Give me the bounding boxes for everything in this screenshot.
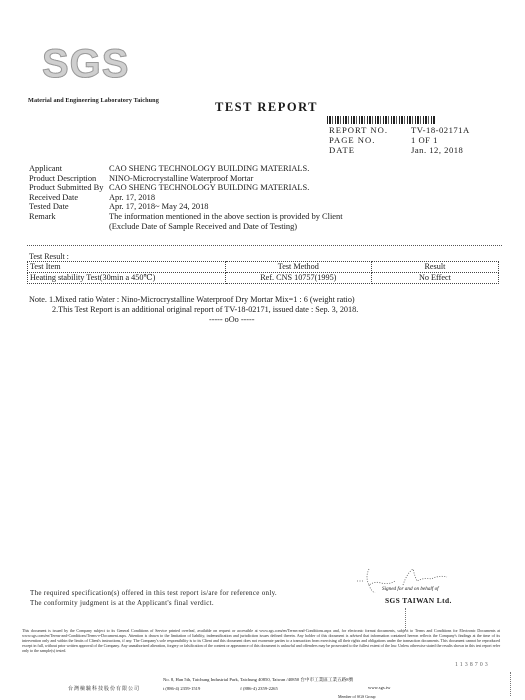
test-method-cell: Ref. CNS 10757(1995) <box>225 273 371 284</box>
info-label: Product Description <box>29 174 109 184</box>
result-cell: No Effect <box>371 273 498 284</box>
test-result-label: Test Result : <box>29 252 69 261</box>
info-row-remark-cont: (Exclude Date of Sample Received and Dat… <box>29 222 509 232</box>
info-label: Received Date <box>29 193 109 203</box>
page-number-label: PAGE NO. <box>329 135 411 145</box>
date-label: DATE <box>329 145 411 155</box>
end-marker: ----- oOo ----- <box>29 315 358 325</box>
serial-number: 1138703 <box>455 662 490 668</box>
info-value: NINO-Microcrystalline Waterproof Mortar <box>109 174 509 184</box>
info-label: Product Submitted By <box>29 183 109 193</box>
company-name-chinese: 台灣檢驗科技股份有限公司 <box>68 685 140 692</box>
signatory-company: SGS TAIWAN Ltd. <box>385 596 452 605</box>
sgs-logo: SGS <box>42 42 129 87</box>
report-number-row: REPORT NO. TV-18-02171A <box>329 125 470 135</box>
applicant-info: Applicant CAO SHENG TECHNOLOGY BUILDING … <box>29 164 509 231</box>
terms-fineprint: This document is issued by the Company s… <box>22 628 500 653</box>
lab-name: Material and Engineering Laboratory Taic… <box>28 97 159 104</box>
date-row: DATE Jan. 12, 2018 <box>329 145 470 155</box>
address-line: No. 8, Han 5th, Taichung Industrial Park… <box>163 675 353 684</box>
page-edge-mark <box>510 672 512 696</box>
info-label: Tested Date <box>29 202 109 212</box>
column-header: Result <box>371 262 498 273</box>
info-row-received-date: Received Date Apr. 17, 2018 <box>29 193 509 203</box>
info-value: (Exclude Date of Sample Received and Dat… <box>109 222 509 232</box>
info-row-product-description: Product Description NINO-Microcrystallin… <box>29 174 509 184</box>
signed-on-behalf-note: Signed for and on behalf of <box>382 586 439 592</box>
specification-disclaimer: The required specification(s) offered in… <box>30 588 277 608</box>
info-label: Remark <box>29 212 109 222</box>
signature-mark <box>405 608 407 630</box>
info-label: Applicant <box>29 164 109 174</box>
phone-number: t (886-4) 2359-1519 <box>163 684 200 693</box>
info-value: The information mentioned in the above s… <box>109 212 509 222</box>
column-header: Test Item <box>28 262 226 273</box>
date-value: Jan. 12, 2018 <box>411 145 463 155</box>
disclaimer-line: The conformity judgment is at the Applic… <box>30 598 277 608</box>
column-header: Test Method <box>225 262 371 273</box>
results-table: Test Item Test Method Result Heating sta… <box>27 261 499 284</box>
report-meta: REPORT NO. TV-18-02171A PAGE NO. 1 OF 1 … <box>329 125 470 155</box>
info-row-product-submitted-by: Product Submitted By CAO SHENG TECHNOLOG… <box>29 183 509 193</box>
member-of-sgs-group: Member of SGS Group <box>338 694 375 699</box>
info-row-applicant: Applicant CAO SHENG TECHNOLOGY BUILDING … <box>29 164 509 174</box>
section-divider <box>27 245 502 246</box>
barcode <box>327 116 435 124</box>
info-label <box>29 222 109 232</box>
info-value: CAO SHENG TECHNOLOGY BUILDING MATERIALS. <box>109 183 509 193</box>
disclaimer-line: The required specification(s) offered in… <box>30 588 277 598</box>
page-number-value: 1 OF 1 <box>411 135 438 145</box>
fax-number: f (886-4) 2359-2265 <box>240 684 278 693</box>
info-value: Apr. 17, 2018 <box>109 193 509 203</box>
website: www.sgs.tw <box>368 684 390 692</box>
info-row-remark: Remark The information mentioned in the … <box>29 212 509 222</box>
notes: Note. 1.Mixed ratio Water : Nino-Microcr… <box>29 295 358 324</box>
results-header-row: Test Item Test Method Result <box>28 262 499 273</box>
test-item-cell: Heating stability Test(30min a 450℃) <box>28 273 226 284</box>
report-title: TEST REPORT <box>215 100 318 115</box>
table-row: Heating stability Test(30min a 450℃) Ref… <box>28 273 499 284</box>
info-value: CAO SHENG TECHNOLOGY BUILDING MATERIALS. <box>109 164 509 174</box>
info-row-tested-date: Tested Date Apr. 17, 2018~ May 24, 2018 <box>29 202 509 212</box>
page-number-row: PAGE NO. 1 OF 1 <box>329 135 470 145</box>
note-1: Note. 1.Mixed ratio Water : Nino-Microcr… <box>29 295 358 305</box>
report-number-label: REPORT NO. <box>329 125 411 135</box>
contact-line: t (886-4) 2359-1519 f (886-4) 2359-2265 <box>163 684 353 693</box>
note-2: 2.This Test Report is an additional orig… <box>29 305 358 315</box>
company-address: No. 8, Han 5th, Taichung Industrial Park… <box>163 675 353 693</box>
info-value: Apr. 17, 2018~ May 24, 2018 <box>109 202 509 212</box>
report-number-value: TV-18-02171A <box>411 125 470 135</box>
